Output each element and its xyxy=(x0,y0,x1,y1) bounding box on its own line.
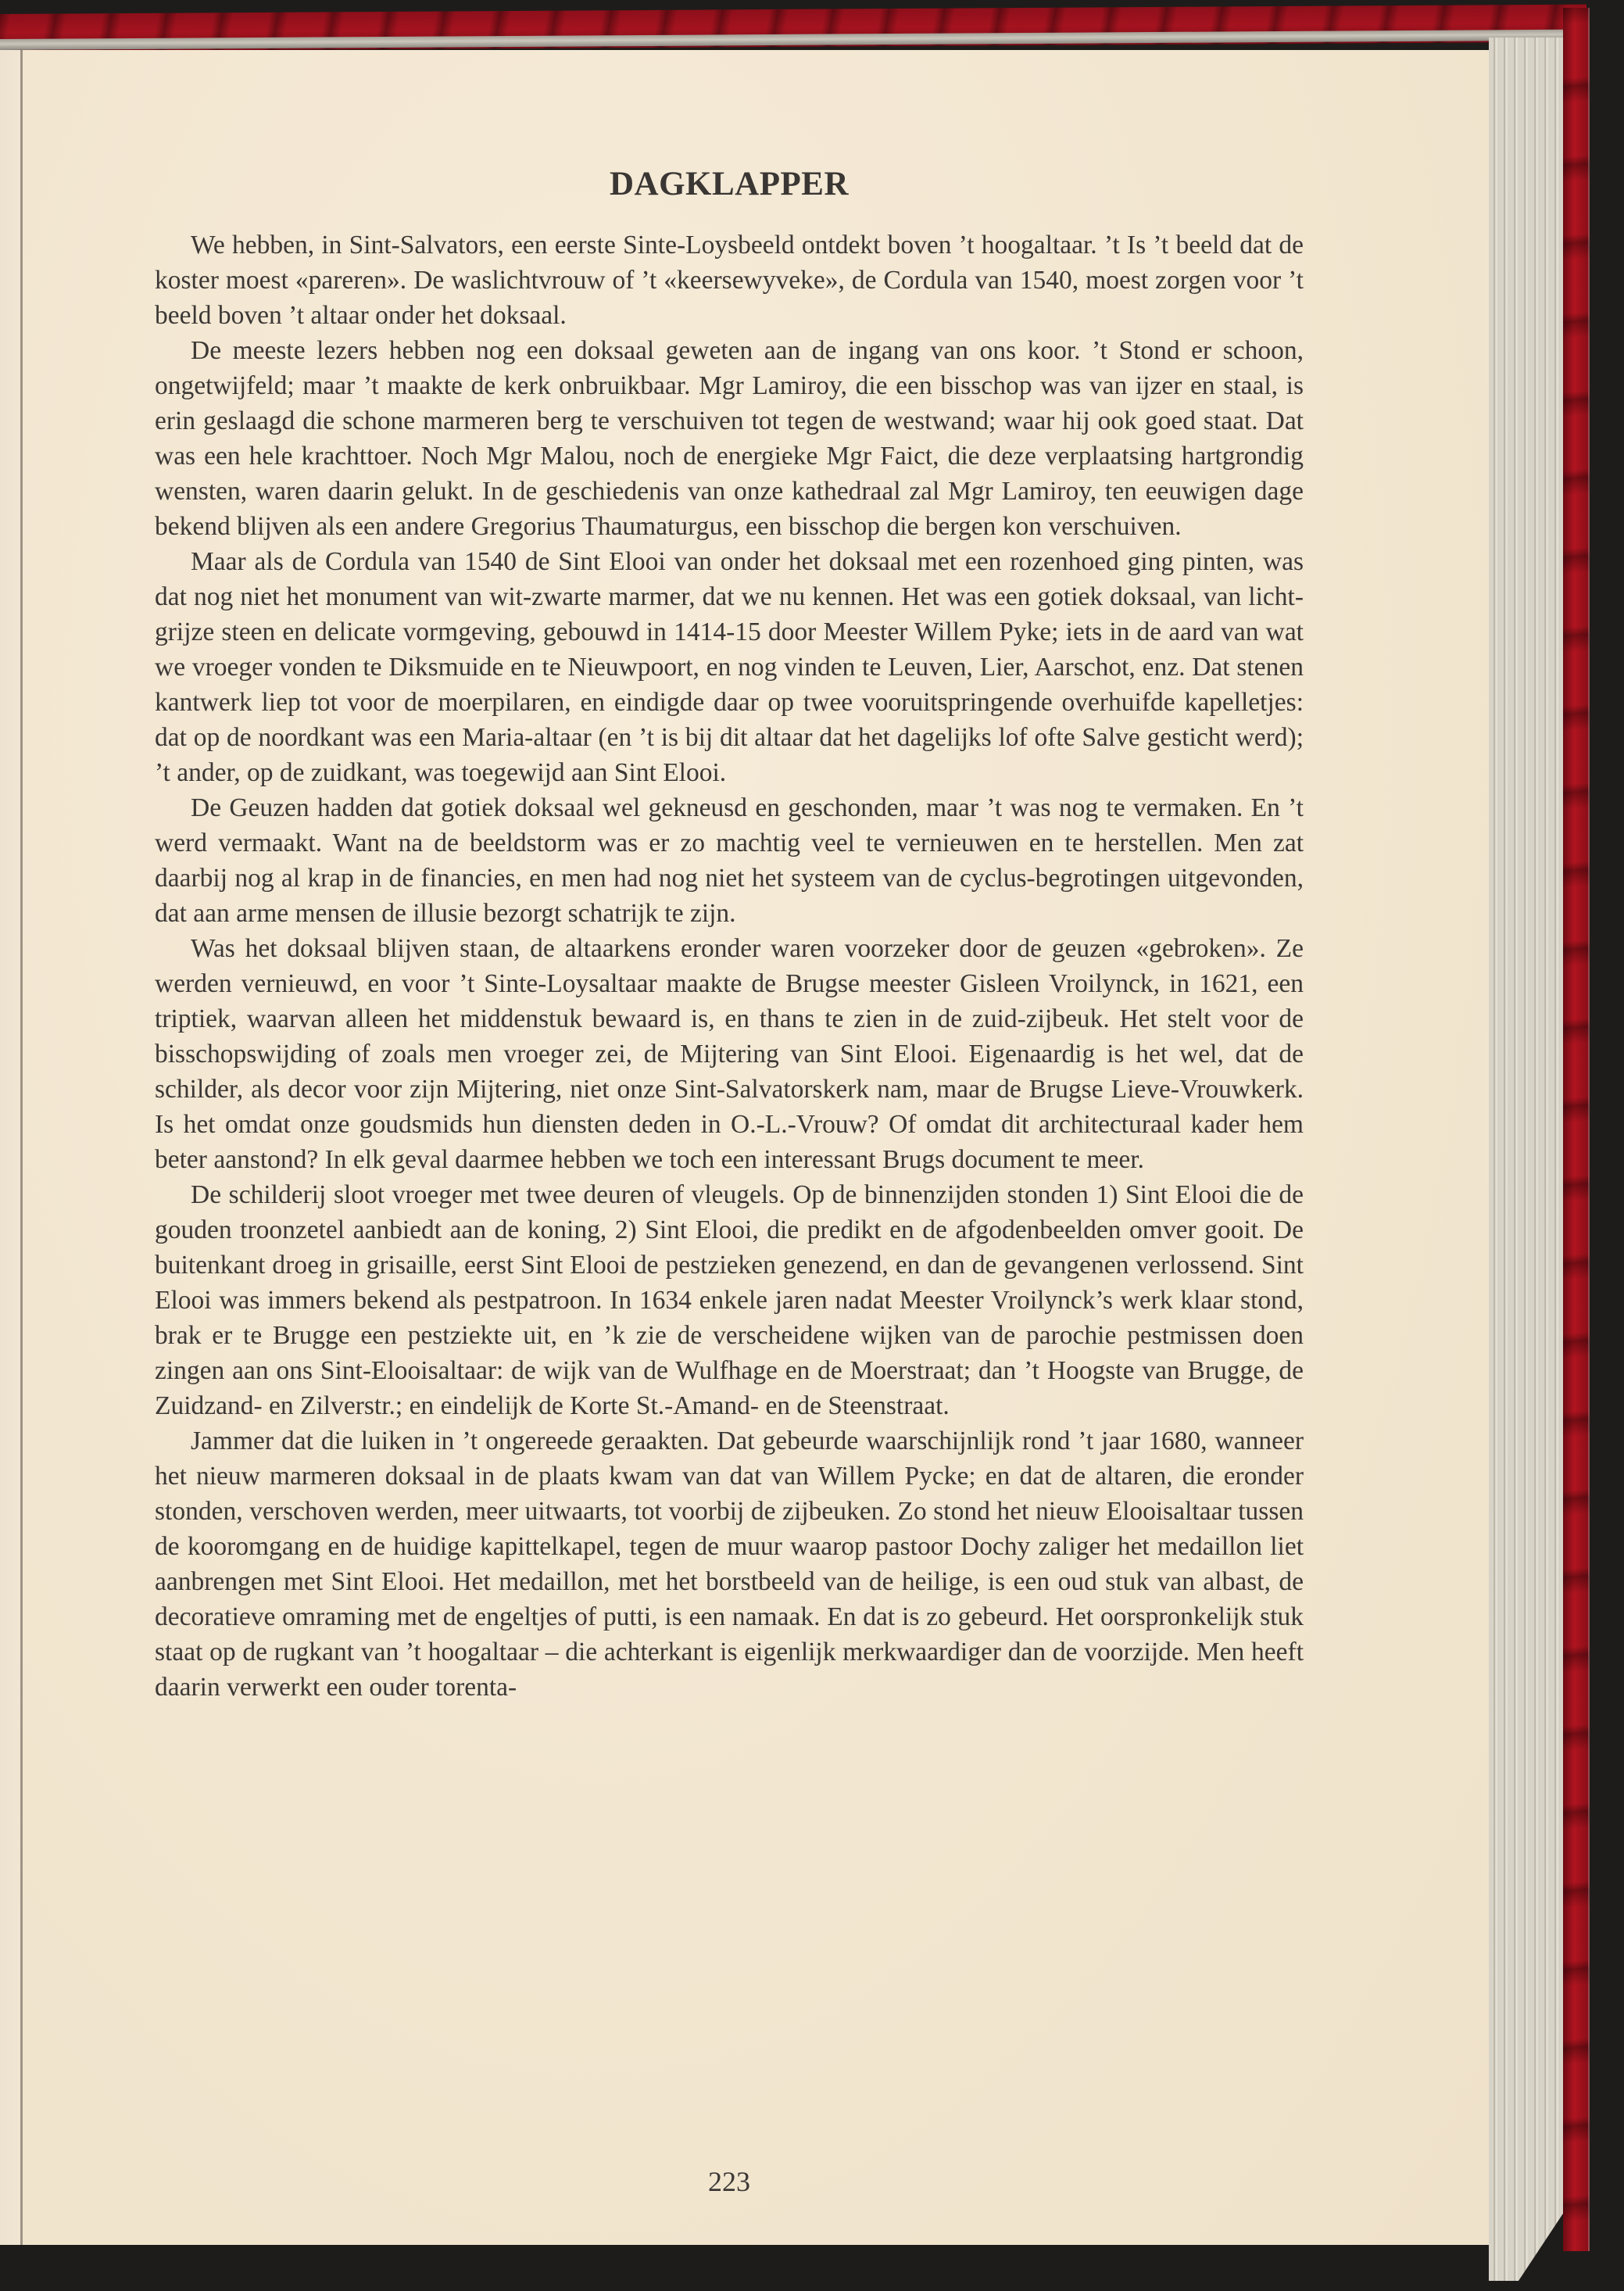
paragraph: De Geuzen hadden dat gotiek doksaal wel … xyxy=(155,790,1304,931)
book-cover-right-edge xyxy=(1563,8,1590,2251)
paragraph: De schilderij sloot vroeger met twee deu… xyxy=(155,1177,1304,1423)
page-stack-fore-edge xyxy=(1489,38,1563,2281)
paragraph: Was het doksaal blijven staan, de altaar… xyxy=(155,931,1304,1177)
book-page: DAGKLAPPER We hebben, in Sint-Salvators,… xyxy=(0,50,1489,2245)
paragraph: Maar als de Cordula van 1540 de Sint Elo… xyxy=(155,544,1304,790)
page-content: DAGKLAPPER We hebben, in Sint-Salvators,… xyxy=(155,167,1304,1705)
chapter-title: DAGKLAPPER xyxy=(155,167,1304,201)
paragraph: Jammer dat die luiken in ’t ongereede ge… xyxy=(155,1423,1304,1705)
page-number: 223 xyxy=(155,2165,1304,2198)
paragraph: We hebben, in Sint-Salvators, een eerste… xyxy=(155,227,1304,333)
paragraph: De meeste lezers hebben nog een doksaal … xyxy=(155,333,1304,544)
page-gutter xyxy=(0,50,23,2245)
